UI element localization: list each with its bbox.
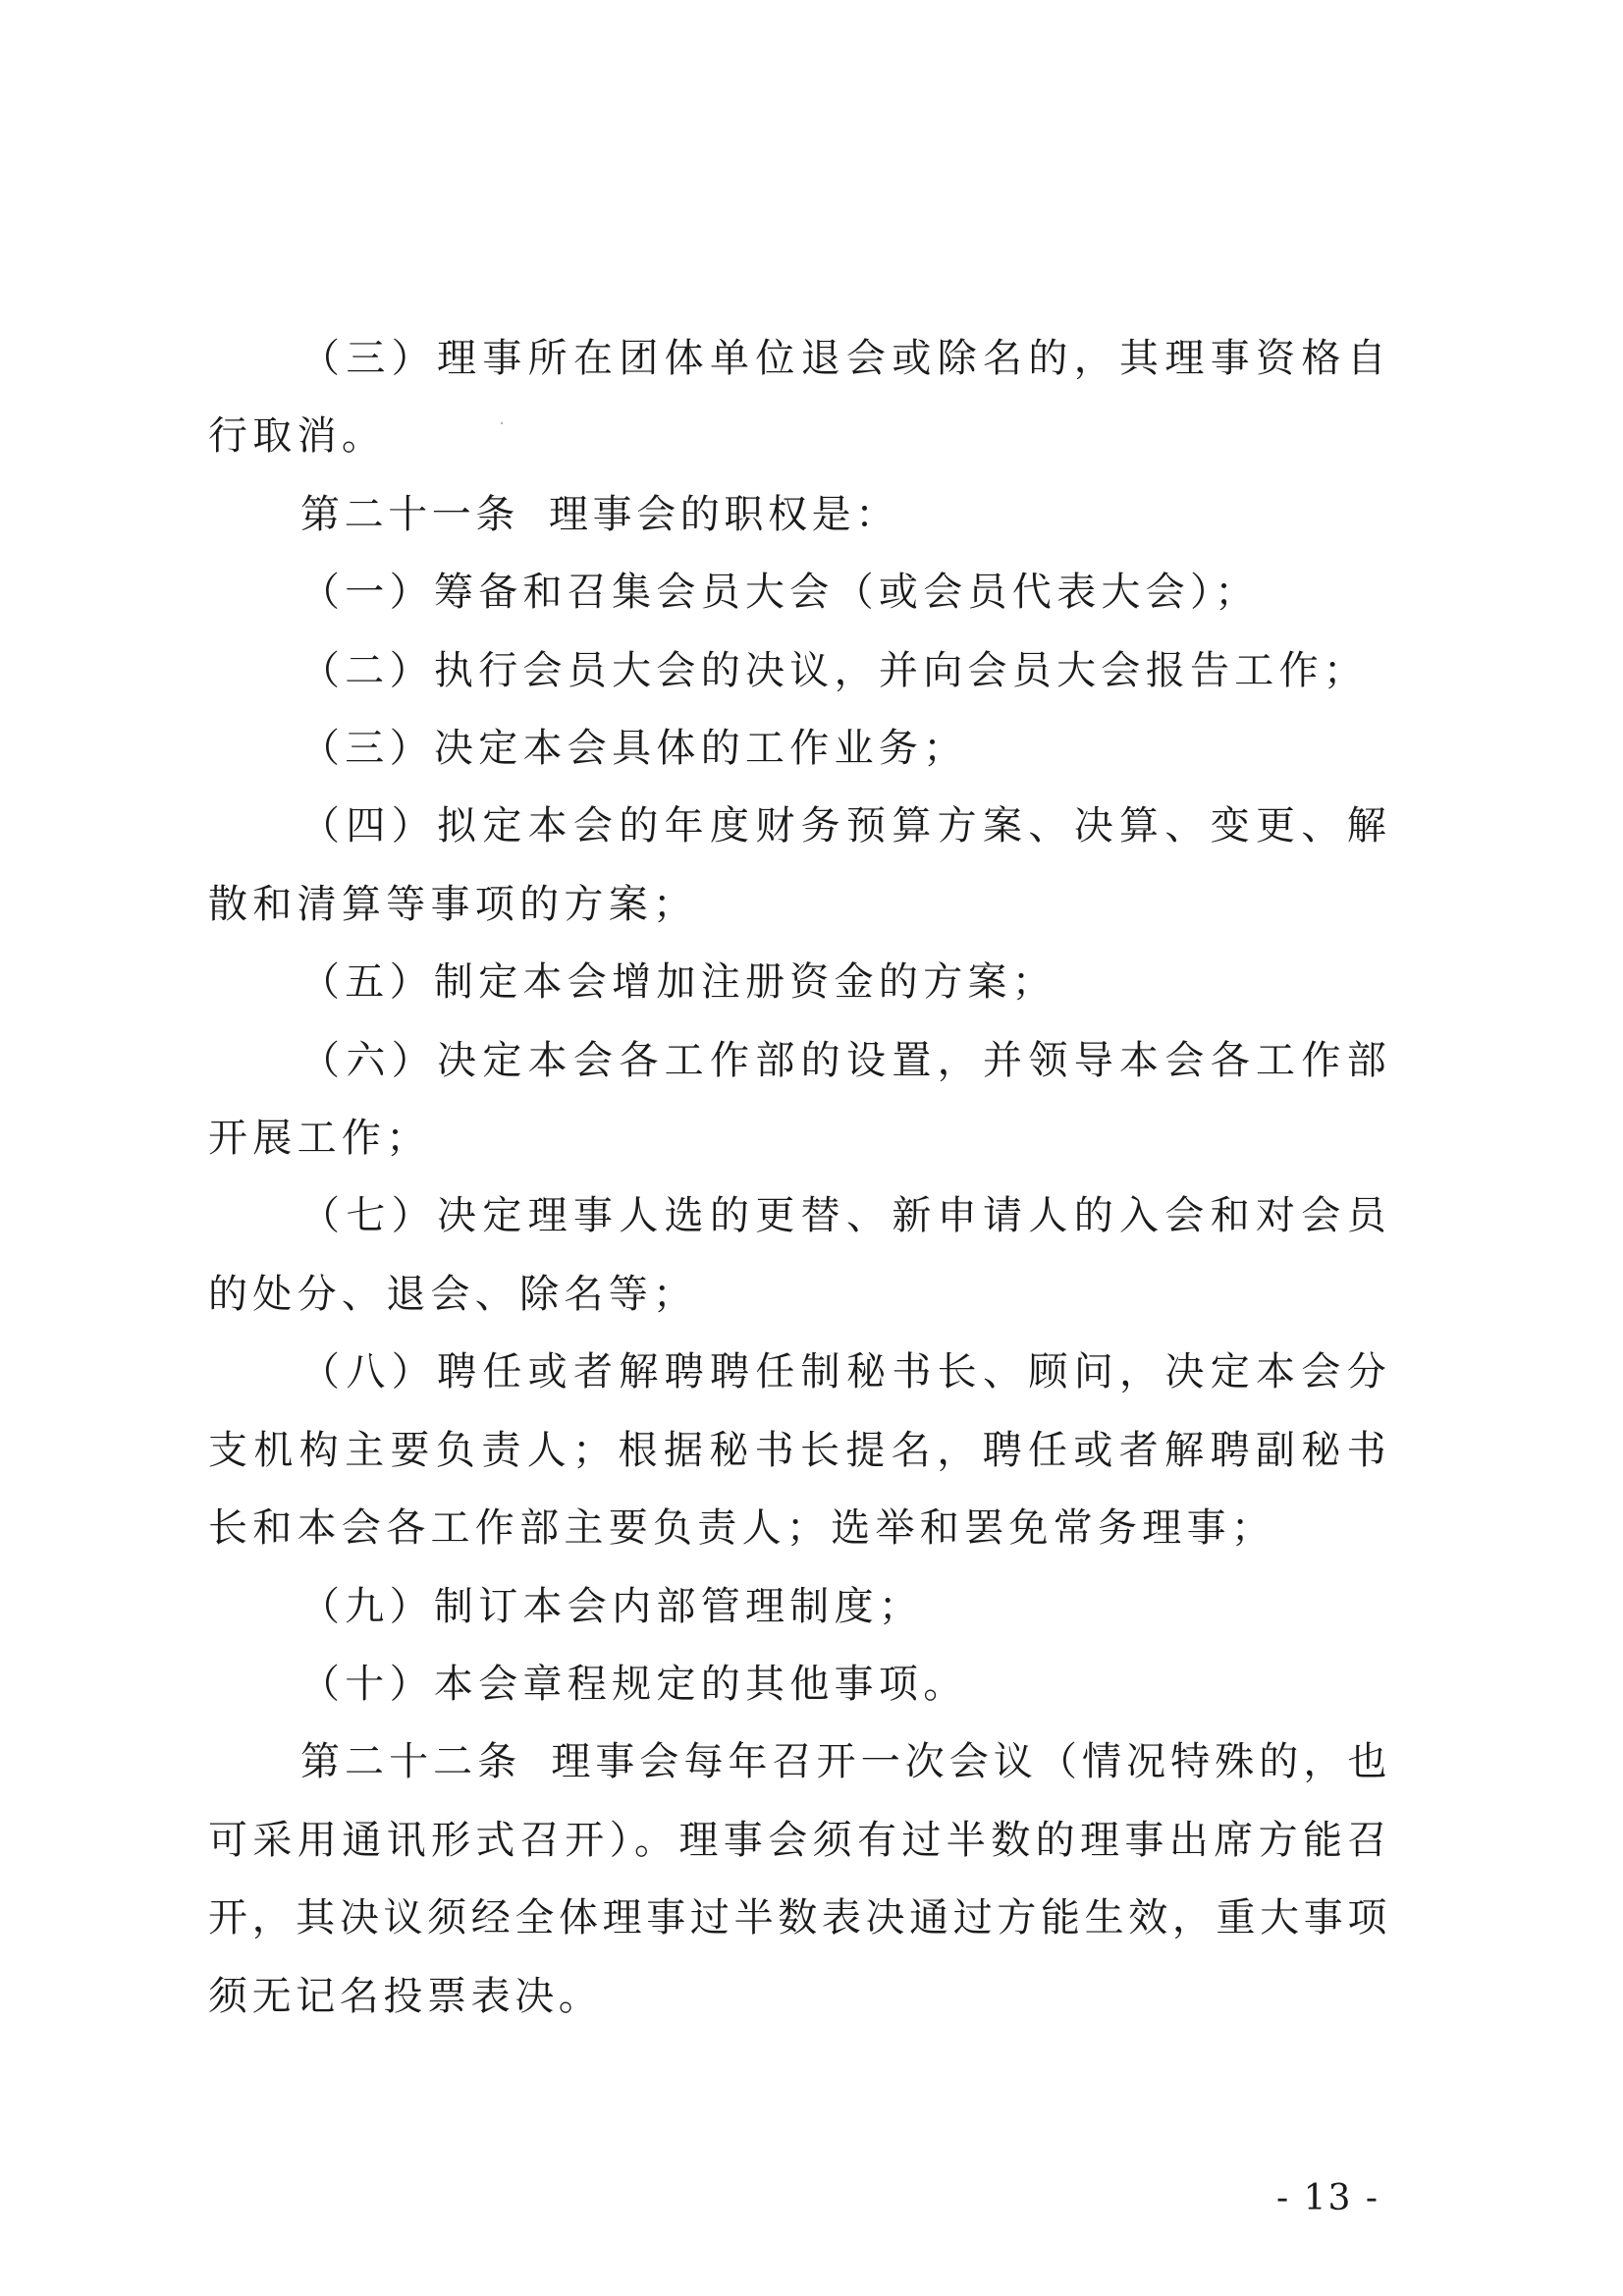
article-21-item-2: （二）执行会员大会的决议，并向会员大会报告工作； [208, 632, 1391, 710]
article-21-item-5: （五）制定本会增加注册资金的方案； [208, 944, 1391, 1021]
article-21-text: 理事会的职权是： [549, 492, 899, 537]
page-number: - 13 - [1276, 2178, 1380, 2218]
document-body: （三）理事所在团体单位退会或除名的，其理事资格自行取消。 第二十一条理事会的职权… [208, 320, 1391, 2036]
article-22: 第二十二条理事会每年召开一次会议（情况特殊的，也可采用通讯形式召开）。理事会须有… [208, 1723, 1391, 2036]
article-21-item-4: （四）拟定本会的年度财务预算方案、决算、变更、解散和清算等事项的方案； [208, 788, 1391, 944]
article-21-item-3: （三）决定本会具体的工作业务； [208, 710, 1391, 788]
article-21: 第二十一条理事会的职权是： [208, 476, 1391, 554]
article-21-item-1: （一）筹备和召集会员大会（或会员代表大会）； [208, 554, 1391, 631]
article-21-heading: 第二十一条 [300, 492, 519, 537]
article-21-item-8: （八）聘任或者解聘聘任制秘书长、顾问，决定本会分支机构主要负责人；根据秘书长提名… [208, 1334, 1391, 1567]
article-21-item-7: （七）决定理事人选的更替、新申请人的入会和对会员的处分、退会、除名等； [208, 1177, 1391, 1334]
article-21-item-10: （十）本会章程规定的其他事项。 [208, 1646, 1391, 1723]
article-21-item-9: （九）制订本会内部管理制度； [208, 1568, 1391, 1646]
clause-3-director-disqualification: （三）理事所在团体单位退会或除名的，其理事资格自行取消。 [208, 320, 1391, 476]
document-page: （三）理事所在团体单位退会或除名的，其理事资格自行取消。 第二十一条理事会的职权… [0, 0, 1623, 2296]
article-22-heading: 第二十二条 [300, 1739, 521, 1784]
article-21-item-6: （六）决定本会各工作部的设置，并领导本会各工作部开展工作； [208, 1022, 1391, 1178]
